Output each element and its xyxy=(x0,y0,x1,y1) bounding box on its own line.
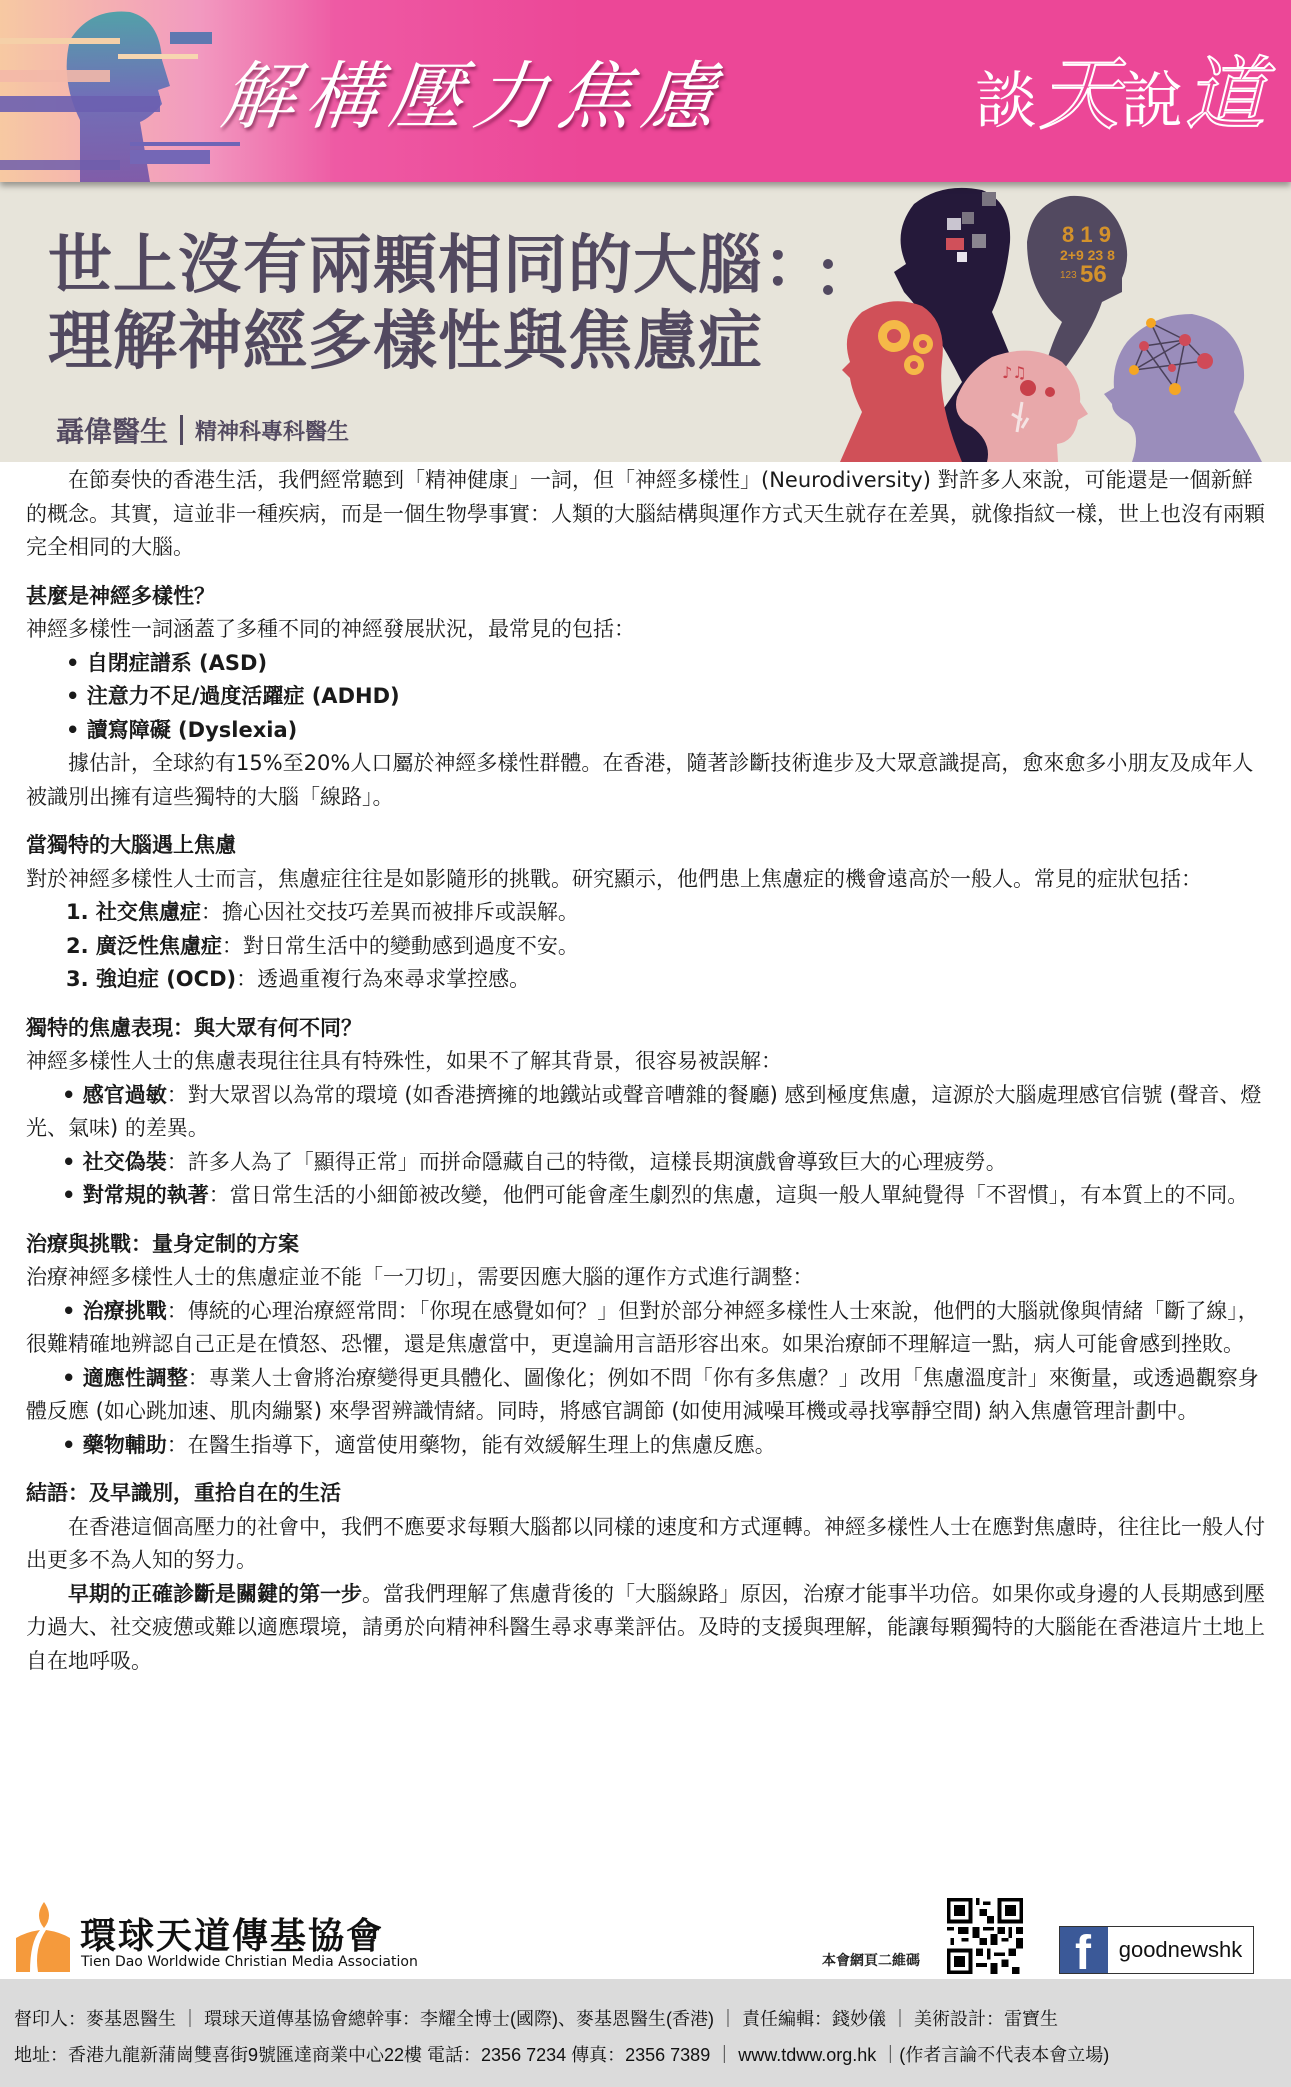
item-text: ：當日常生活的小細節被改變，他們可能會產生劇烈的焦慮，這與一般人單純覺得「不習慣… xyxy=(209,1183,1249,1207)
item-label: 社交偽裝 xyxy=(62,1150,167,1174)
list-item: 治療挑戰：傳統的心理治療經常問：「你現在感覺如何？」但對於部分神經多樣性人士來說… xyxy=(26,1295,1266,1362)
article-body: 在節奏快的香港生活，我們經常聽到「精神健康」一詞，但「神經多樣性」(Neurod… xyxy=(26,464,1266,1678)
author-role: 精神科專科醫生 xyxy=(195,415,349,446)
section-lead: 神經多樣性人士的焦慮表現往往具有特殊性，如果不了解其背景，很容易被誤解： xyxy=(26,1045,1266,1079)
item-text: ：對大眾習以為常的環境 (如香港擠擁的地鐵站或聲音嘈雜的餐廳) 感到極度焦慮，這… xyxy=(26,1083,1261,1141)
section-lead: 治療神經多樣性人士的焦慮症並不能「一刀切」，需要因應大腦的運作方式進行調整： xyxy=(26,1261,1266,1295)
condition-list: 自閉症譜系 (ASD) 注意力不足/過度活躍症 (ADHD) 讀寫障礙 (Dys… xyxy=(26,647,1266,748)
item-label: 3. 強迫症 (OCD) xyxy=(66,967,236,991)
article-title: 世上沒有兩顆相同的大腦： 理解神經多樣性與焦慮症 xyxy=(48,228,828,380)
list-item: 1. 社交焦慮症：擔心因社交技巧差異而被排斥或誤解。 xyxy=(66,896,1266,930)
facebook-icon: f xyxy=(1060,1927,1108,1973)
item-text: ：在醫生指導下，適當使用藥物，能有效緩解生理上的焦慮反應。 xyxy=(167,1433,776,1457)
facebook-glyph: f xyxy=(1075,1927,1091,1973)
list-item: 適應性調整：專業人士會將治療變得更具體化、圖像化；例如不問「你有多焦慮？」改用「… xyxy=(26,1362,1266,1429)
item-label: 治療挑戰 xyxy=(62,1299,167,1323)
item-text: ：對日常生活中的變動感到過度不安。 xyxy=(222,934,579,958)
item-label: 感官過敏 xyxy=(62,1083,167,1107)
intro-paragraph: 在節奏快的香港生活，我們經常聽到「精神健康」一詞，但「神經多樣性」(Neurod… xyxy=(26,464,1266,565)
footer-credits: 督印人：麥基恩醫生 ｜ 環球天道傳基協會總幹事：李耀全博士(國際)、麥基恩醫生(… xyxy=(0,1979,1291,2087)
section-treatment: 治療與挑戰：量身定制的方案 治療神經多樣性人士的焦慮症並不能「一刀切」，需要因應… xyxy=(26,1228,1266,1463)
credits-contact: 地址：香港九龍新蒲崗雙喜街9號匯達商業中心22樓 電話：2356 7234 傳真… xyxy=(14,2041,1109,2067)
neurodiversity-heads-illustration: 8 1 9 2+9 23 8 123 56 ♪♫ xyxy=(822,182,1291,462)
qr-code-icon[interactable] xyxy=(947,1898,1023,1974)
org-name-chinese: 環球天道傳基協會 xyxy=(80,1908,384,1959)
list-item: 讀寫障礙 (Dyslexia) xyxy=(66,714,1266,748)
section-lead: 神經多樣性一詞涵蓋了多種不同的神經發展狀況，最常見的包括： xyxy=(26,613,1266,647)
section-anxiety: 當獨特的大腦遇上焦慮 對於神經多樣性人士而言，焦慮症往往是如影隨形的挑戰。研究顯… xyxy=(26,829,1266,997)
tdww-flame-logo-icon xyxy=(16,1902,70,1972)
svg-text:8 1 9: 8 1 9 xyxy=(1062,222,1111,247)
symptom-list: 1. 社交焦慮症：擔心因社交技巧差異而被排斥或誤解。 2. 廣泛性焦慮症：對日常… xyxy=(26,896,1266,997)
svg-text:56: 56 xyxy=(1080,261,1107,288)
brand-logo: 談天說道 xyxy=(975,30,1267,145)
qr-code-label: 本會網頁二維碼 xyxy=(822,1950,920,1970)
svg-text:123: 123 xyxy=(1060,270,1077,281)
article-header: 世上沒有兩顆相同的大腦： 理解神經多樣性與焦慮症 聶偉醫生 精神科專科醫生 8 … xyxy=(0,182,1291,462)
org-name-english: Tien Dao Worldwide Christian Media Assoc… xyxy=(81,1954,418,1970)
list-item: 對常規的執著：當日常生活的小細節被改變，他們可能會產生劇烈的焦慮，這與一般人單純… xyxy=(26,1179,1266,1213)
item-label: 1. 社交焦慮症 xyxy=(66,900,201,924)
credits-staff: 督印人：麥基恩醫生 ｜ 環球天道傳基協會總幹事：李耀全博士(國際)、麥基恩醫生(… xyxy=(14,2005,1058,2031)
item-label: 適應性調整 xyxy=(62,1366,188,1390)
list-item: 注意力不足/過度活躍症 (ADHD) xyxy=(66,680,1266,714)
section-heading: 甚麼是神經多樣性？ xyxy=(26,580,1266,614)
facebook-handle: goodnewshk xyxy=(1108,1927,1253,1973)
series-banner: 解構壓力焦慮 談天說道 xyxy=(0,0,1291,182)
section-heading: 當獨特的大腦遇上焦慮 xyxy=(26,829,1266,863)
byline-divider xyxy=(180,415,183,445)
title-line-1: 世上沒有兩顆相同的大腦： xyxy=(48,228,828,304)
section-heading: 結語：及早識別，重拾自在的生活 xyxy=(26,1477,1266,1511)
section-what-is-neurodiversity: 甚麼是神經多樣性？ 神經多樣性一詞涵蓋了多種不同的神經發展狀況，最常見的包括： … xyxy=(26,580,1266,815)
brand-char: 天 xyxy=(1039,48,1121,141)
list-item: 自閉症譜系 (ASD) xyxy=(66,647,1266,681)
section-paragraph: 早期的正確診斷是關鍵的第一步。當我們理解了焦慮背後的「大腦線路」原因，治療才能事… xyxy=(26,1578,1266,1679)
author-name: 聶偉醫生 xyxy=(56,410,168,450)
section-conclusion: 結語：及早識別，重拾自在的生活 在香港這個高壓力的社會中，我們不應要求每顆大腦都… xyxy=(26,1477,1266,1678)
section-paragraph: 在香港這個高壓力的社會中，我們不應要求每顆大腦都以同樣的速度和方式運轉。神經多樣… xyxy=(26,1511,1266,1578)
item-text: ：透過重複行為來尋求掌控感。 xyxy=(236,967,530,991)
list-item: 2. 廣泛性焦慮症：對日常生活中的變動感到過度不安。 xyxy=(66,930,1266,964)
item-label: 2. 廣泛性焦慮症 xyxy=(66,934,222,958)
item-text: ：許多人為了「顯得正常」而拼命隱藏自己的特徵，這樣長期演戲會導致巨大的心理疲勞。 xyxy=(167,1150,1007,1174)
list-item: 社交偽裝：許多人為了「顯得正常」而拼命隱藏自己的特徵，這樣長期演戲會導致巨大的心… xyxy=(26,1146,1266,1180)
section-heading: 治療與挑戰：量身定制的方案 xyxy=(26,1228,1266,1262)
series-title: 解構壓力焦慮 xyxy=(216,38,731,144)
byline: 聶偉醫生 精神科專科醫生 xyxy=(56,410,349,450)
brand-char: 談 xyxy=(975,64,1039,137)
section-heading: 獨特的焦慮表現：與大眾有何不同？ xyxy=(26,1012,1266,1046)
section-paragraph: 據估計，全球約有15%至20%人口屬於神經多樣性群體。在香港，隨著診斷技術進步及… xyxy=(26,747,1266,814)
svg-text:♪♫: ♪♫ xyxy=(1002,363,1027,382)
item-text: ：傳統的心理治療經常問：「你現在感覺如何？」但對於部分神經多樣性人士來說，他們的… xyxy=(26,1299,1259,1357)
section-unique-anxiety: 獨特的焦慮表現：與大眾有何不同？ 神經多樣性人士的焦慮表現往往具有特殊性，如果不… xyxy=(26,1012,1266,1213)
facebook-link[interactable]: f goodnewshk xyxy=(1059,1926,1254,1974)
section-lead: 對於神經多樣性人士而言，焦慮症往往是如影隨形的挑戰。研究顯示，他們患上焦慮症的機… xyxy=(26,863,1266,897)
footer-logos: 環球天道傳基協會 Tien Dao Worldwide Christian Me… xyxy=(0,1880,1291,1980)
list-item: 感官過敏：對大眾習以為常的環境 (如香港擠擁的地鐵站或聲音嘈雜的餐廳) 感到極度… xyxy=(26,1079,1266,1146)
brand-char: 道 xyxy=(1185,48,1267,141)
brand-char: 說 xyxy=(1121,64,1185,137)
list-item: 3. 強迫症 (OCD)：透過重複行為來尋求掌控感。 xyxy=(66,963,1266,997)
list-item: 藥物輔助：在醫生指導下，適當使用藥物，能有效緩解生理上的焦慮反應。 xyxy=(26,1429,1266,1463)
title-line-2: 理解神經多樣性與焦慮症 xyxy=(48,304,828,380)
item-text: ：擔心因社交技巧差異而被排斥或誤解。 xyxy=(201,900,579,924)
emphasis-text: 早期的正確診斷是關鍵的第一步 xyxy=(68,1582,362,1606)
item-label: 對常規的執著 xyxy=(62,1183,209,1207)
item-label: 藥物輔助 xyxy=(62,1433,167,1457)
item-text: ：專業人士會將治療變得更具體化、圖像化；例如不問「你有多焦慮？」改用「焦慮溫度計… xyxy=(26,1366,1259,1424)
